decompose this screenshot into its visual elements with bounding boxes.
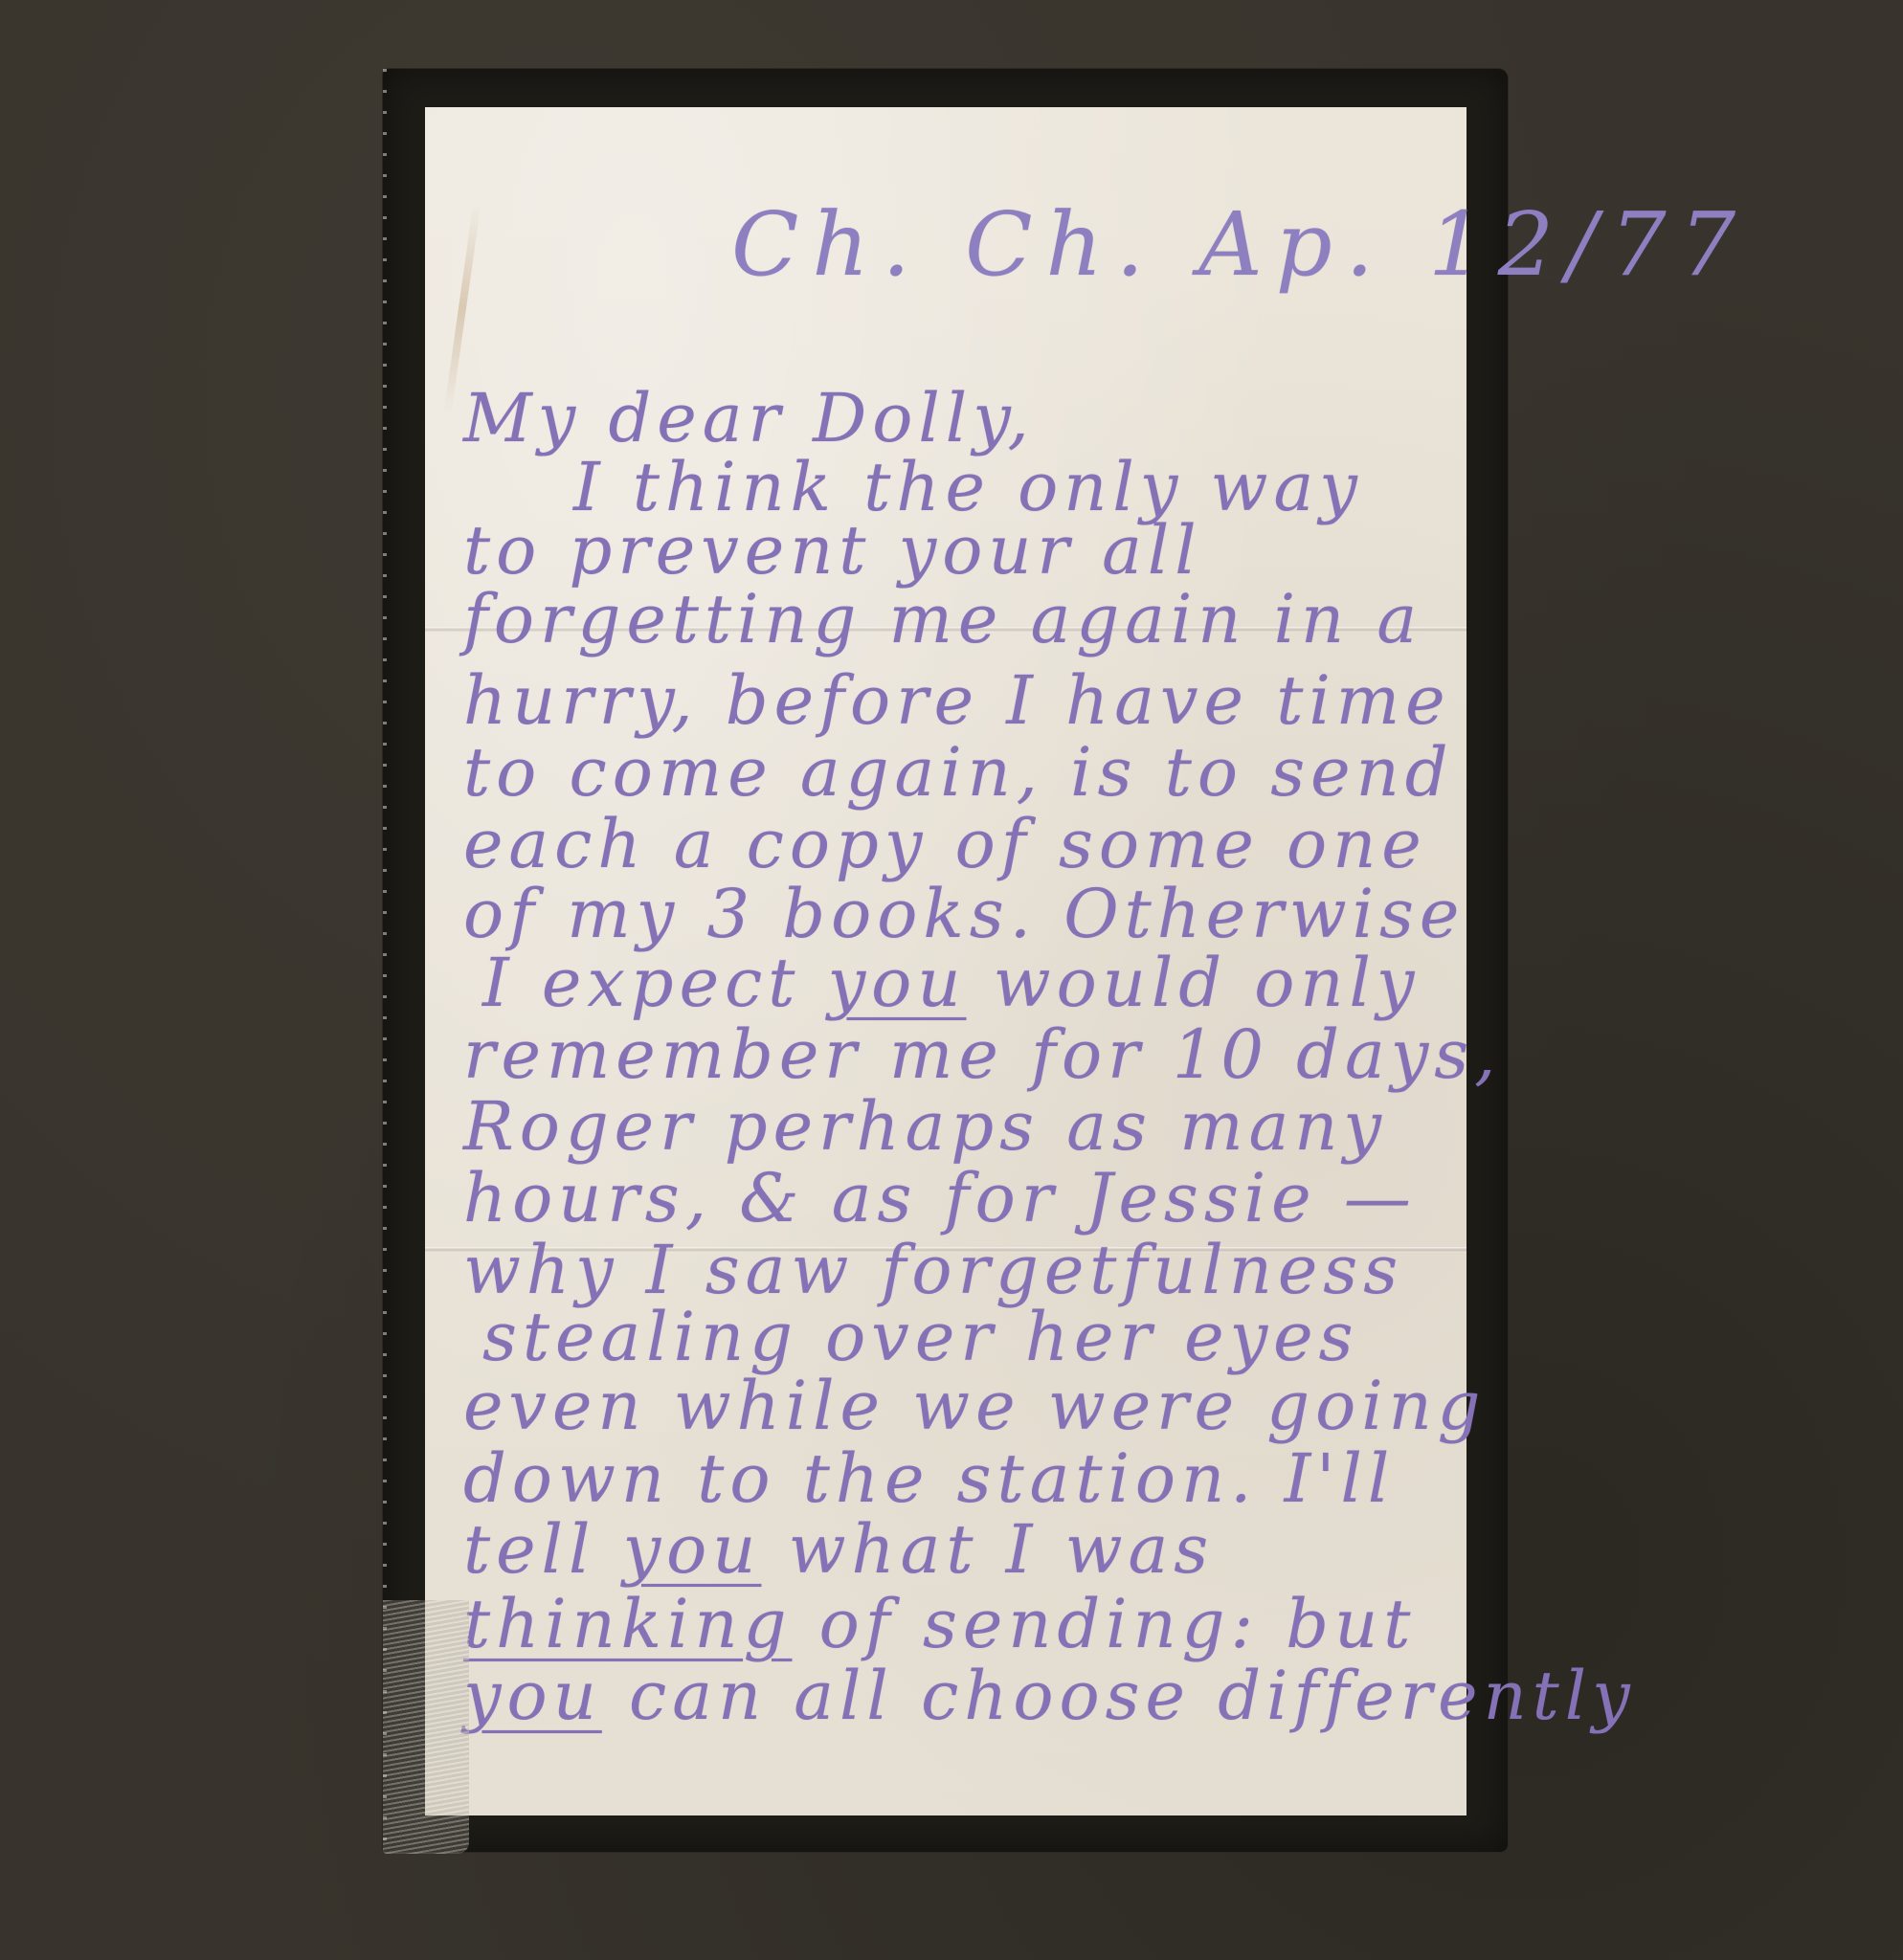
letter-line-12: why I saw forgetfulness (463, 1236, 1403, 1303)
letter-line-4: hurry, before I have time (463, 667, 1451, 734)
underlined-word: thinking (463, 1585, 792, 1663)
letter-line-13: stealing over her eyes (482, 1303, 1359, 1370)
letter-line-3: forgetting me again in a (463, 586, 1422, 653)
letter-line-2: to prevent your all (463, 517, 1202, 584)
letter-line-11: hours, & as for Jessie — (463, 1165, 1417, 1232)
letter-paper: Ch. Ch. Ap. 12/77 My dear Dolly, I think… (425, 107, 1466, 1815)
letter-line-9: remember me for 10 days, (463, 1021, 1501, 1088)
letter-line-10: Roger perhaps as many (463, 1093, 1387, 1160)
repair-tissue-patch (383, 1600, 469, 1854)
underlined-word: you (623, 1510, 762, 1589)
mourning-border-card: Ch. Ch. Ap. 12/77 My dear Dolly, I think… (383, 69, 1508, 1852)
salutation: My dear Dolly, (463, 385, 1035, 452)
letter-line-15: down to the station. I'll (463, 1445, 1395, 1512)
underlined-word: you (463, 1657, 602, 1735)
letter-line-6: each a copy of some one (463, 811, 1427, 878)
card-worn-edge (383, 69, 387, 1852)
letter-line-16: tell you what I was (463, 1516, 1214, 1583)
place-date-header: Ch. Ch. Ap. 12/77 (731, 193, 1749, 296)
underlined-word: you (828, 944, 967, 1022)
letter-line-7: of my 3 books. Otherwise (463, 880, 1465, 947)
letter-line-5: to come again, is to send (463, 739, 1454, 806)
letter-line-8: I expect you would only (482, 949, 1420, 1016)
letter-line-17: thinking of sending: but (463, 1591, 1416, 1658)
letter-line-18: you can all choose differently (463, 1662, 1636, 1729)
letter-line-14: even while we were going (463, 1372, 1487, 1439)
